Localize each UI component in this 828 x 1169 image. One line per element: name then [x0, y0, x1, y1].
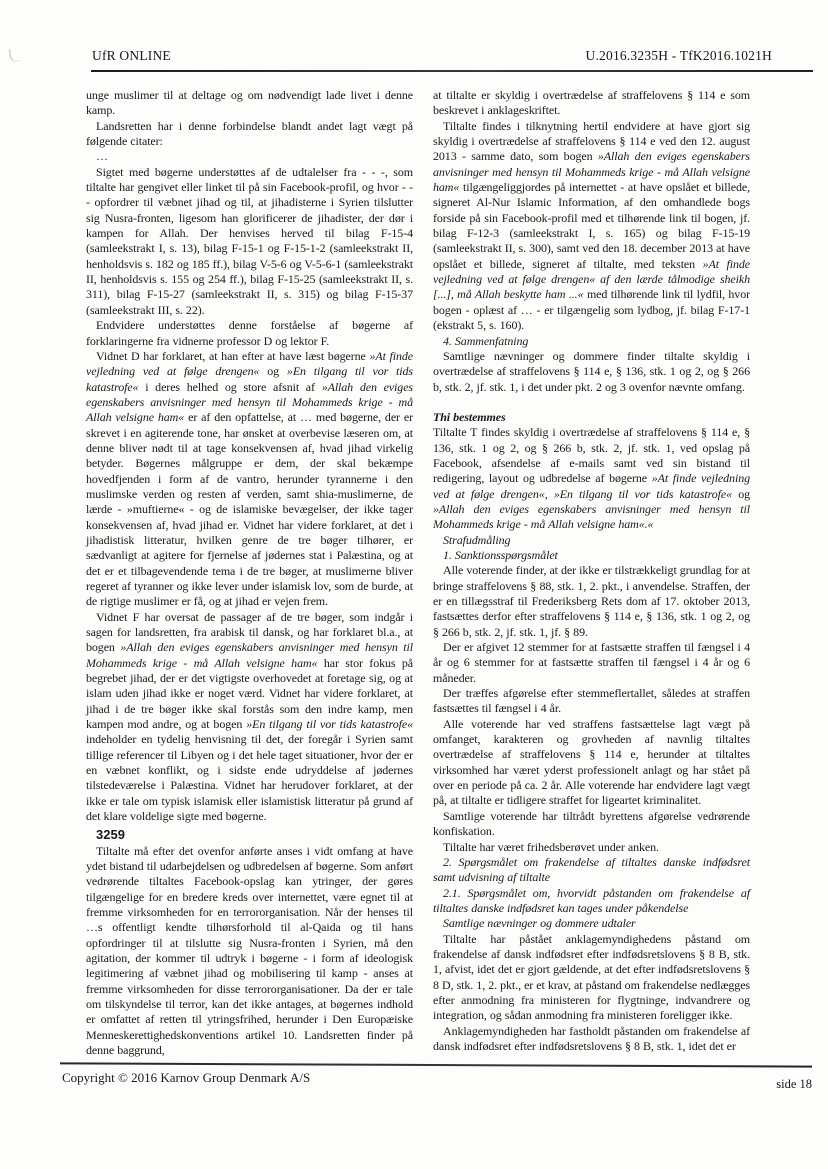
body-text: Sigtet med bøgerne understøttes af de ud… [86, 165, 413, 317]
book-title-or-heading-text: 1. Sanktionsspørgsmålet [443, 548, 558, 562]
paragraph: Landsretten har i denne forbindelse blan… [86, 119, 413, 150]
paragraph: Samtlige voterende har tiltrådt byretten… [433, 809, 750, 840]
page-footer: Copyright © 2016 Karnov Group Denmark A/… [62, 1070, 812, 1092]
header-journal-title: UfR ONLINE [92, 48, 171, 64]
body-text: Vidnet D har forklaret, at han efter at … [96, 349, 369, 363]
body-text: unge muslimer til at deltage og om nødve… [86, 88, 413, 117]
paragraph: unge muslimer til at deltage og om nødve… [86, 88, 413, 119]
paragraph: Alle voterende har ved straffens fastsæt… [433, 717, 750, 809]
left-column: unge muslimer til at deltage og om nødve… [86, 88, 413, 1058]
body-text: , [545, 487, 554, 501]
book-title-or-heading-text: »En tilgang til vor tids katastrofe« [246, 717, 413, 731]
footer-copyright: Copyright © 2016 Karnov Group Denmark A/… [62, 1070, 310, 1086]
paragraph: 2.1. Spørgsmålet om, hvorvidt påstanden … [433, 886, 750, 917]
body-text: Samtlige nævninger og dommere finder til… [433, 349, 750, 394]
page-header: UfR ONLINE U.2016.3235H - TfK2016.1021H [92, 48, 772, 64]
paragraph: Strafudmåling [433, 533, 750, 548]
paragraph: Samtlige nævninger og dommere udtaler [433, 916, 750, 931]
paragraph: 2. Spørgsmålet om frakendelse af tiltalt… [433, 855, 750, 886]
body-text: at tiltalte er skyldig i overtrædelse af… [433, 88, 750, 117]
paragraph: Tiltalte må efter det ovenfor anførte an… [86, 844, 413, 1059]
header-case-citation: U.2016.3235H - TfK2016.1021H [586, 48, 772, 64]
body-text: og [259, 364, 287, 378]
body-text: … [96, 149, 108, 163]
paragraph: Vidnet D har forklaret, at han efter at … [86, 349, 413, 610]
book-title-or-heading-text: Strafudmåling [443, 533, 510, 547]
paragraph: Samtlige nævninger og dommere finder til… [433, 349, 750, 395]
paragraph: Anklagemyndigheden har fastholdt påstand… [433, 1024, 750, 1055]
paragraph: Endvidere understøttes denne forståelse … [86, 318, 413, 349]
book-title-or-heading-text: 2. Spørgsmålet om frakendelse af tiltalt… [433, 855, 750, 884]
body-text: Endvidere understøttes denne forståelse … [86, 318, 413, 347]
body-text: Anklagemyndigheden har fastholdt påstand… [433, 1024, 750, 1053]
document-page: UfR ONLINE U.2016.3235H - TfK2016.1021H … [0, 0, 828, 1169]
paragraph: Thi bestemmes [433, 410, 750, 425]
document-body: unge muslimer til at deltage og om nødve… [86, 88, 750, 1058]
paragraph: … [86, 149, 413, 164]
body-text: Tiltalte har været frihedsberøvet under … [443, 840, 659, 854]
paragraph: Tiltalte findes i tilknytning hertil end… [433, 119, 750, 334]
body-text: indeholder en tydelig henvisning til det… [86, 732, 413, 823]
body-text: Alle voterende finder, at der ikke er ti… [433, 563, 750, 638]
book-title-or-heading-text: Thi bestemmes [433, 410, 506, 424]
body-text: 3259 [96, 827, 125, 842]
paragraph: Der er afgivet 12 stemmer for at fastsæt… [433, 640, 750, 686]
body-text: Alle voterende har ved straffens fastsæt… [433, 717, 750, 808]
paragraph: at tiltalte er skyldig i overtrædelse af… [433, 88, 750, 119]
body-text: Landsretten har i denne forbindelse blan… [86, 119, 413, 148]
paragraph: 3259 [86, 826, 413, 843]
paragraph: 1. Sanktionsspørgsmålet [433, 548, 750, 563]
footer-page-number: side 18 [776, 1077, 812, 1092]
body-text: Der er afgivet 12 stemmer for at fastsæt… [433, 640, 750, 685]
paragraph: Sigtet med bøgerne understøttes af de ud… [86, 165, 413, 318]
body-text: Tiltalte har påstået anklagemyndighedens… [433, 932, 750, 1023]
book-title-or-heading-text: 4. Sammenfatning [443, 334, 528, 348]
body-text: i deres helhed og store afsnit af [138, 380, 321, 394]
book-title-or-heading-text: »Allah den eviges egenskabers anvisninge… [433, 502, 750, 531]
body-text: Tiltalte må efter det ovenfor anførte an… [86, 844, 413, 1057]
paragraph: Tiltalte T findes skyldig i overtrædelse… [433, 425, 750, 532]
body-text: er af den opfattelse, at … med bøgerne, … [86, 410, 413, 608]
paragraph: Alle voterende finder, at der ikke er ti… [433, 563, 750, 640]
body-text: Samtlige voterende har tiltrådt byretten… [433, 809, 750, 838]
body-text: Der træffes afgørelse efter stemmeflerta… [433, 686, 750, 715]
footer-rule [60, 1062, 812, 1067]
paragraph: Der træffes afgørelse efter stemmeflerta… [433, 686, 750, 717]
paragraph: Tiltalte har været frihedsberøvet under … [433, 840, 750, 855]
book-title-or-heading-text: 2.1. Spørgsmålet om, hvorvidt påstanden … [433, 886, 750, 915]
scan-artifact [8, 47, 20, 64]
paragraph: Vidnet F har oversat de passager af de t… [86, 610, 413, 825]
book-title-or-heading-text: Samtlige nævninger og dommere udtaler [443, 916, 636, 930]
header-rule [91, 70, 813, 72]
paragraph: Tiltalte har påstået anklagemyndighedens… [433, 932, 750, 1024]
book-title-or-heading-text: »En tilgang til vor tids katastrofe« [554, 487, 732, 501]
body-text: og [732, 487, 750, 501]
right-column: at tiltalte er skyldig i overtrædelse af… [433, 88, 750, 1058]
paragraph: 4. Sammenfatning [433, 334, 750, 349]
